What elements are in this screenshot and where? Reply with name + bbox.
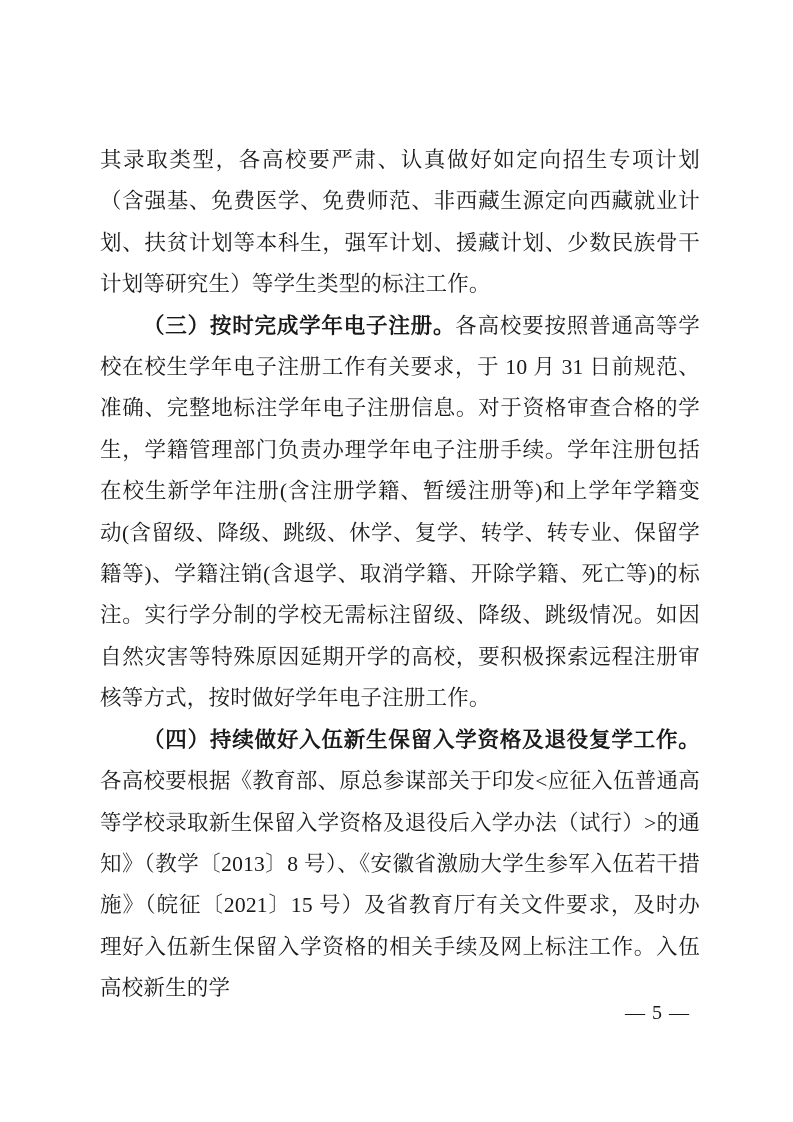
section-3-text: 各高校要按照普通高等学校在校生学年电子注册工作有关要求，于 10 月 31 日前… xyxy=(100,314,700,711)
section-3-heading: （三）按时完成学年电子注册。 xyxy=(143,314,455,338)
paragraph-section-3: （三）按时完成学年电子注册。各高校要按照普通高等学校在校生学年电子注册工作有关要… xyxy=(100,306,700,720)
paragraph-continuation: 其录取类型，各高校要严肃、认真做好如定向招生专项计划（含强基、免费医学、免费师范… xyxy=(100,140,700,306)
section-4-heading: （四）持续做好入伍新生保留入学资格及退役复学工作。 xyxy=(143,728,700,752)
document-body: 其录取类型，各高校要严肃、认真做好如定向招生专项计划（含强基、免费医学、免费师范… xyxy=(100,140,700,1010)
section-4-text: 各高校要根据《教育部、原总参谋部关于印发<应征入伍普通高等学校录取新生保留入学资… xyxy=(100,769,700,1000)
document-page: 其录取类型，各高校要严肃、认真做好如定向招生专项计划（含强基、免费医学、免费师范… xyxy=(0,0,793,1122)
page-number: — 5 — xyxy=(625,1001,690,1025)
paragraph-continuation-text: 其录取类型，各高校要严肃、认真做好如定向招生专项计划（含强基、免费医学、免费师范… xyxy=(100,148,700,296)
paragraph-section-4: （四）持续做好入伍新生保留入学资格及退役复学工作。各高校要根据《教育部、原总参谋… xyxy=(100,720,700,1010)
